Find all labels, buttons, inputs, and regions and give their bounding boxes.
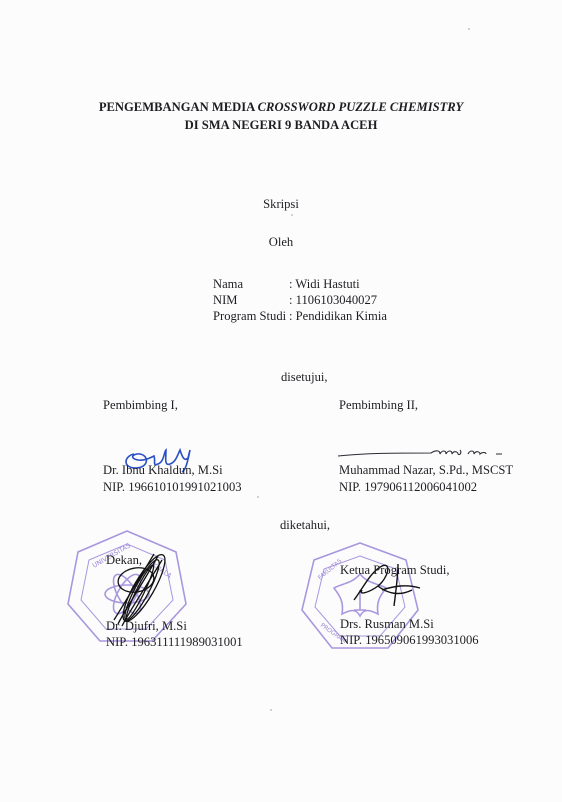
author-info: Nama : Widi Hastuti NIM : 1106103040027 …: [213, 276, 387, 324]
doc-type: Skripsi: [0, 196, 562, 212]
dean-role: Dekan,: [106, 552, 142, 568]
approval-heading: disetujui,: [281, 369, 328, 385]
advisor2-role: Pembimbing II,: [339, 397, 418, 413]
field-value: : 1106103040027: [289, 292, 377, 308]
advisor1-name: Dr. Ibnu Khaldun, M.Si: [103, 462, 223, 478]
head-role: Ketua Program Studi,: [340, 562, 449, 578]
acknowledgement-heading: diketahui,: [280, 517, 330, 533]
advisor2-nip: NIP. 197906112006041002: [339, 479, 477, 495]
title-italic: CROSSWORD PUZZLE CHEMISTRY: [258, 100, 464, 114]
advisor1-nip: NIP. 196610101991021003: [103, 479, 242, 495]
advisor2-name: Muhammad Nazar, S.Pd., MSCST: [339, 462, 513, 478]
by-label: Oleh: [0, 234, 562, 250]
scan-speck: [270, 709, 272, 711]
svg-text:KUALA: KUALA: [151, 561, 174, 580]
dean-name: Dr. Djufri, M.Si: [106, 618, 187, 634]
field-nama: Nama : Widi Hastuti: [213, 276, 387, 292]
field-value: : Widi Hastuti: [289, 276, 360, 292]
head-nip: NIP. 196509061993031006: [340, 632, 479, 648]
scan-speck: [257, 496, 259, 498]
title-prefix: PENGEMBANGAN MEDIA: [99, 100, 258, 114]
field-nim: NIM : 1106103040027: [213, 292, 387, 308]
document-title-line1: PENGEMBANGAN MEDIA CROSSWORD PUZZLE CHEM…: [0, 99, 562, 116]
field-label: Program Studi: [213, 308, 289, 324]
scan-speck: [291, 214, 293, 216]
head-name: Drs. Rusman M.Si: [340, 616, 434, 632]
field-value: : Pendidikan Kimia: [289, 308, 387, 324]
field-label: Nama: [213, 276, 289, 292]
field-label: NIM: [213, 292, 289, 308]
field-program-studi: Program Studi : Pendidikan Kimia: [213, 308, 387, 324]
dean-nip: NIP. 196311111989031001: [106, 634, 243, 650]
scan-speck: [468, 28, 470, 30]
document-title-line2: DI SMA NEGERI 9 BANDA ACEH: [0, 117, 562, 134]
signature-advisor2-icon: [336, 444, 516, 462]
advisor1-role: Pembimbing I,: [103, 397, 178, 413]
